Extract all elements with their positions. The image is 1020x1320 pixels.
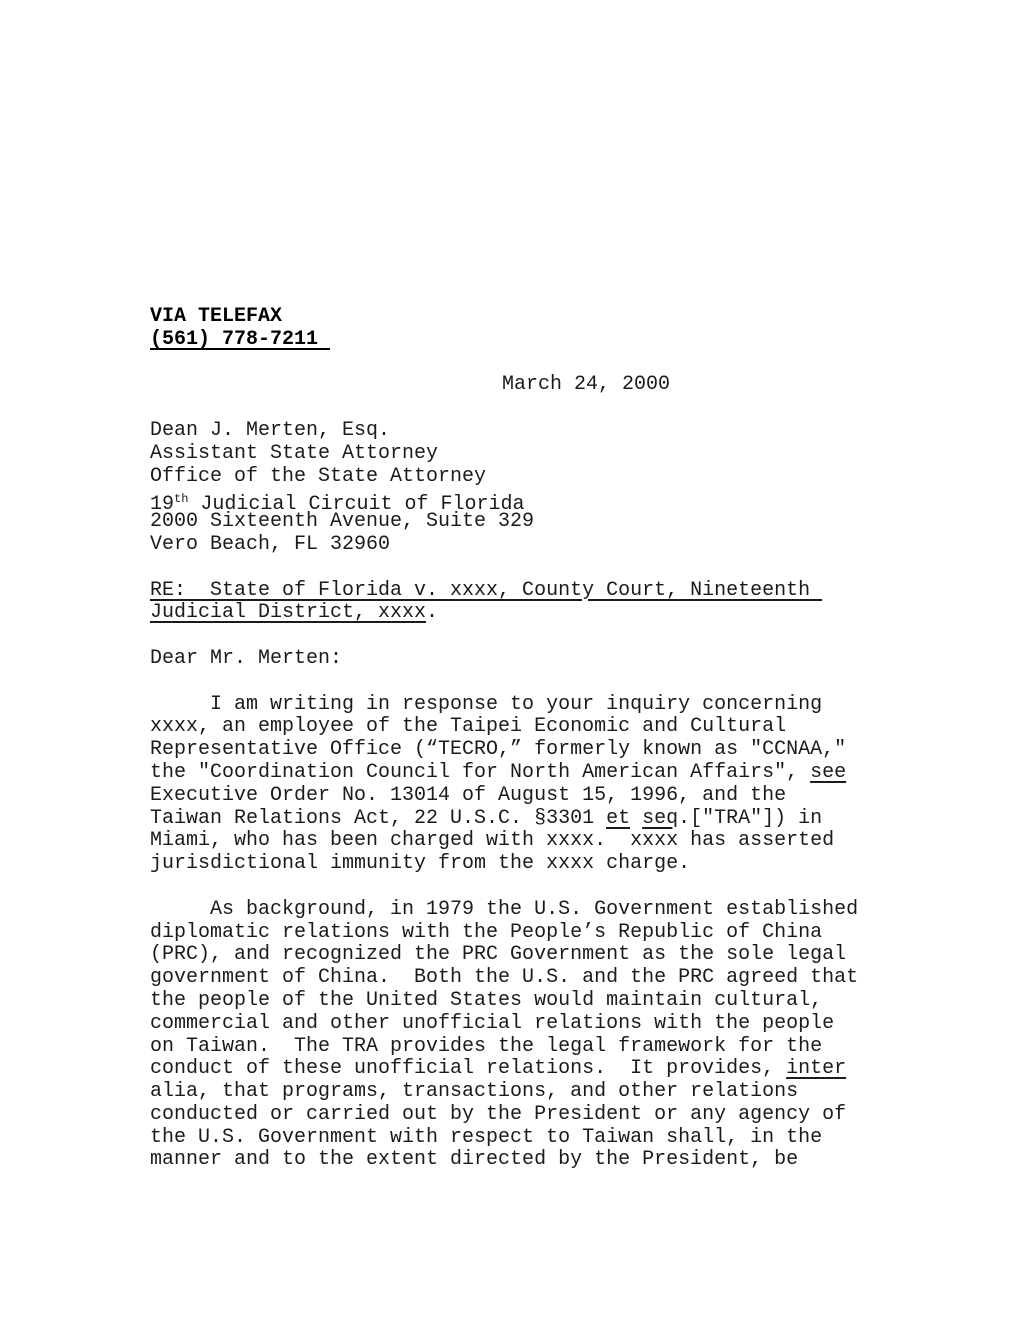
paragraph1-line5: Executive Order No. 13014 of August 15, … xyxy=(150,785,858,808)
text-segment: VIA TELEFAX xyxy=(150,305,282,328)
text-segment: Miami, who has been charged with xxxx. x… xyxy=(150,829,834,852)
text-segment: As background, in 1979 the U.S. Governme… xyxy=(150,898,858,921)
blank-line xyxy=(150,397,858,420)
text-segment: seq xyxy=(642,807,678,830)
paragraph2-line3: (PRC), and recognized the PRC Government… xyxy=(150,944,858,967)
text-segment: diplomatic relations with the People’s R… xyxy=(150,921,822,944)
text-segment: Dean J. Merten, Esq. xyxy=(150,419,390,442)
date-line: March 24, 2000 xyxy=(150,374,858,397)
text-segment: 2000 Sixteenth Avenue, Suite 329 xyxy=(150,510,534,533)
paragraph2-line12: manner and to the extent directed by the… xyxy=(150,1149,858,1172)
text-segment: . xyxy=(426,601,438,624)
recipient-city-line: Vero Beach, FL 32960 xyxy=(150,534,858,557)
recipient-name-line: Dean J. Merten, Esq. xyxy=(150,420,858,443)
text-segment: RE: State of Florida v. xxxx, County Cou… xyxy=(150,579,822,602)
paragraph2-line10: conducted or carried out by the Presiden… xyxy=(150,1104,858,1127)
text-segment: Vero Beach, FL 32960 xyxy=(150,533,390,556)
text-segment: (PRC), and recognized the PRC Government… xyxy=(150,943,846,966)
text-segment: (561) 778-7211 xyxy=(150,328,330,351)
paragraph1-line7: Miami, who has been charged with xxxx. x… xyxy=(150,830,858,853)
blank-line xyxy=(150,876,858,899)
text-segment: Judicial District, xxxx xyxy=(150,601,426,624)
paragraph2-line9: alia, that programs, transactions, and o… xyxy=(150,1081,858,1104)
text-segment: conducted or carried out by the Presiden… xyxy=(150,1103,846,1126)
paragraph2-line4: government of China. Both the U.S. and t… xyxy=(150,967,858,990)
paragraph1-line3: Representative Office (“TECRO,” formerly… xyxy=(150,739,858,762)
recipient-circuit-line: 19th Judicial Circuit of Florida xyxy=(150,488,858,511)
text-segment: Taiwan Relations Act, 22 U.S.C. §3301 xyxy=(150,807,606,830)
text-segment: et xyxy=(606,807,630,830)
text-segment: the "Coordination Council for North Amer… xyxy=(150,761,810,784)
recipient-street-line: 2000 Sixteenth Avenue, Suite 329 xyxy=(150,511,858,534)
text-segment: March 24, 2000 xyxy=(502,373,670,396)
text-segment: on Taiwan. The TRA provides the legal fr… xyxy=(150,1035,822,1058)
text-segment: jurisdictional immunity from the xxxx ch… xyxy=(150,852,690,875)
paragraph1-line6: Taiwan Relations Act, 22 U.S.C. §3301 et… xyxy=(150,808,858,831)
text-segment: government of China. Both the U.S. and t… xyxy=(150,966,858,989)
text-segment: Dear Mr. Merten: xyxy=(150,647,342,670)
fax-number-line: (561) 778-7211 xyxy=(150,329,858,352)
text-segment: the U.S. Government with respect to Taiw… xyxy=(150,1126,822,1149)
text-segment: Office of the State Attorney xyxy=(150,465,486,488)
blank-line xyxy=(150,671,858,694)
paragraph1-line8: jurisdictional immunity from the xxxx ch… xyxy=(150,853,858,876)
text-segment: see xyxy=(810,761,846,784)
text-segment: conduct of these unofficial relations. I… xyxy=(150,1057,786,1080)
re-subject-line-2: Judicial District, xxxx. xyxy=(150,602,858,625)
recipient-office-line: Office of the State Attorney xyxy=(150,466,858,489)
re-subject-line-1: RE: State of Florida v. xxxx, County Cou… xyxy=(150,580,858,603)
text-segment: .["TRA"]) in xyxy=(678,807,822,830)
paragraph2-line1: As background, in 1979 the U.S. Governme… xyxy=(150,899,858,922)
paragraph1-line2: xxxx, an employee of the Taipei Economic… xyxy=(150,716,858,739)
text-segment: Representative Office (“TECRO,” formerly… xyxy=(150,738,846,761)
paragraph2-line8: conduct of these unofficial relations. I… xyxy=(150,1058,858,1081)
paragraph1-line4: the "Coordination Council for North Amer… xyxy=(150,762,858,785)
salutation-line: Dear Mr. Merten: xyxy=(150,648,858,671)
text-segment: the people of the United States would ma… xyxy=(150,989,822,1012)
text-segment: manner and to the extent directed by the… xyxy=(150,1148,798,1171)
via-telefax-line: VIA TELEFAX xyxy=(150,306,858,329)
text-segment xyxy=(630,807,642,830)
text-segment: xxxx, an employee of the Taipei Economic… xyxy=(150,715,786,738)
paragraph2-line6: commercial and other unofficial relation… xyxy=(150,1013,858,1036)
blank-line xyxy=(150,352,858,375)
paragraph2-line7: on Taiwan. The TRA provides the legal fr… xyxy=(150,1036,858,1059)
paragraph1-line1: I am writing in response to your inquiry… xyxy=(150,694,858,717)
letter-body: VIA TELEFAX(561) 778-7211 March 24, 2000… xyxy=(150,306,858,1172)
paragraph2-line11: the U.S. Government with respect to Taiw… xyxy=(150,1127,858,1150)
text-segment: th xyxy=(174,492,188,506)
text-segment: Assistant State Attorney xyxy=(150,442,438,465)
text-segment: commercial and other unofficial relation… xyxy=(150,1012,834,1035)
paragraph2-line2: diplomatic relations with the People’s R… xyxy=(150,922,858,945)
letter-page: VIA TELEFAX(561) 778-7211 March 24, 2000… xyxy=(0,0,1020,1320)
paragraph2-line5: the people of the United States would ma… xyxy=(150,990,858,1013)
text-segment: inter xyxy=(786,1057,846,1080)
text-segment: I am writing in response to your inquiry… xyxy=(150,693,822,716)
recipient-title-line: Assistant State Attorney xyxy=(150,443,858,466)
blank-line xyxy=(150,625,858,648)
text-segment: Executive Order No. 13014 of August 15, … xyxy=(150,784,786,807)
text-segment: alia, that programs, transactions, and o… xyxy=(150,1080,798,1103)
blank-line xyxy=(150,557,858,580)
